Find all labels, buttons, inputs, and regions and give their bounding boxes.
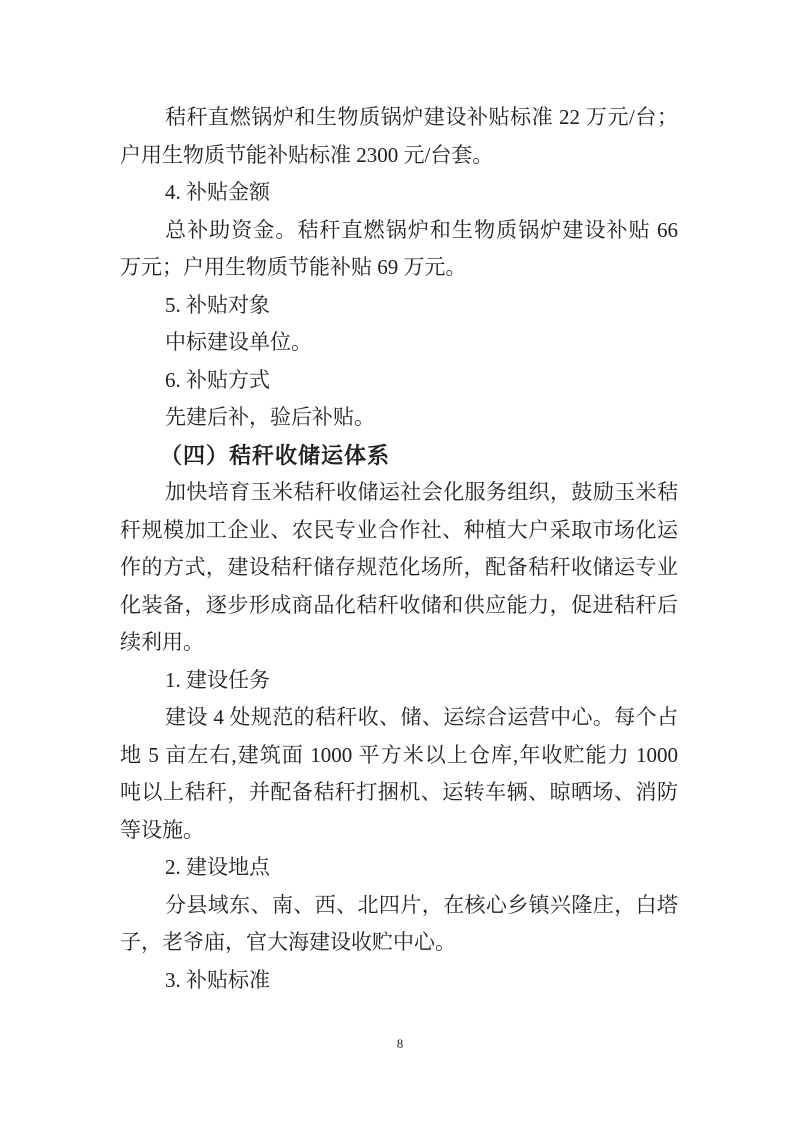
text-line: 秸秆直燃锅炉和生物质锅炉建设补贴标准 22 万元/台； xyxy=(120,99,678,137)
list-item-4-subsidy-amount: 4. 补贴金额 xyxy=(120,174,678,212)
text-line: 加快培育玉米秸秆收储运社会化服务组织，鼓励玉米秸 xyxy=(120,474,678,512)
text-line: 续利用。 xyxy=(120,624,678,662)
page-number: 8 xyxy=(0,1036,800,1052)
list-item-6-subsidy-method: 6. 补贴方式 xyxy=(120,362,678,400)
text-line: 户用生物质节能补贴标准 2300 元/台套。 xyxy=(120,137,678,175)
text-line: 总补助资金。秸秆直燃锅炉和生物质锅炉建设补贴 66 xyxy=(120,212,678,250)
list-item-2-construction-site: 2. 建设地点 xyxy=(120,849,678,887)
text-line: 建设 4 处规范的秸秆收、储、运综合运营中心。每个占 xyxy=(120,699,678,737)
text-line: 先建后补，验后补贴。 xyxy=(120,399,678,437)
document-page: 秸秆直燃锅炉和生物质锅炉建设补贴标准 22 万元/台； 户用生物质节能补贴标准 … xyxy=(0,0,800,1130)
text-line: 分县域东、南、西、北四片，在核心乡镇兴隆庄，白塔 xyxy=(120,887,678,925)
list-item-1-construction-task: 1. 建设任务 xyxy=(120,662,678,700)
text-line: 等设施。 xyxy=(120,812,678,850)
document-body: 秸秆直燃锅炉和生物质锅炉建设补贴标准 22 万元/台； 户用生物质节能补贴标准 … xyxy=(120,99,678,999)
section-heading: （四）秸秆收储运体系 xyxy=(120,437,678,475)
text-line: 秆规模加工企业、农民专业合作社、种植大户采取市场化运 xyxy=(120,512,678,550)
text-line: 地 5 亩左右,建筑面 1000 平方米以上仓库,年收贮能力 1000 xyxy=(120,737,678,775)
text-line: 万元；户用生物质节能补贴 69 万元。 xyxy=(120,249,678,287)
list-item-3-subsidy-standard: 3. 补贴标准 xyxy=(120,962,678,1000)
text-line: 吨以上秸秆，并配备秸秆打捆机、运转车辆、晾晒场、消防 xyxy=(120,774,678,812)
text-line: 作的方式，建设秸秆储存规范化场所，配备秸秆收储运专业 xyxy=(120,549,678,587)
text-line: 子，老爷庙，官大海建设收贮中心。 xyxy=(120,924,678,962)
text-line: 化装备，逐步形成商品化秸秆收储和供应能力，促进秸秆后 xyxy=(120,587,678,625)
text-line: 中标建设单位。 xyxy=(120,324,678,362)
list-item-5-subsidy-target: 5. 补贴对象 xyxy=(120,287,678,325)
